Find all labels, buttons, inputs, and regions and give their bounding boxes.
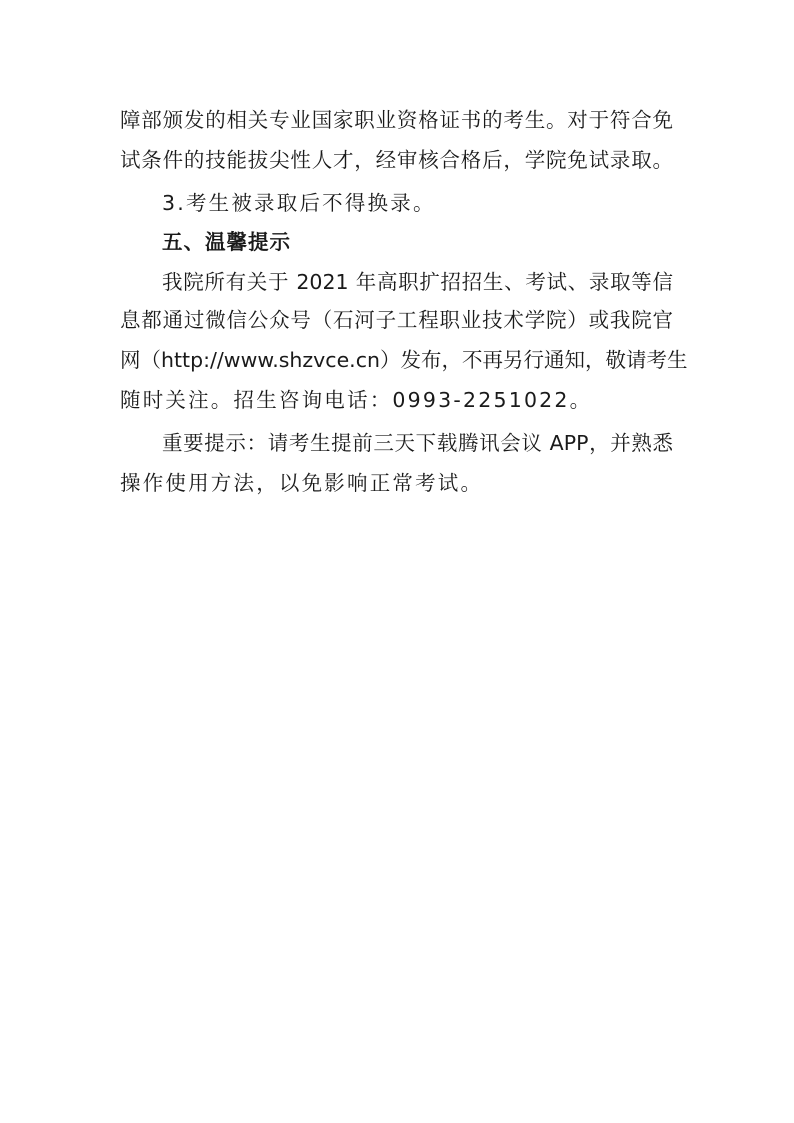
paragraph-line: 障部颁发的相关专业国家职业资格证书的考生。对于符合免: [120, 106, 673, 134]
paragraph-line: 试条件的技能拔尖性人才，经审核合格后，学院免试录取。: [120, 146, 673, 174]
paragraph-line: 息都通过微信公众号（石河子工程职业技术学院）或我院官: [120, 306, 673, 334]
list-item-3: 3.考生被录取后不得换录。: [162, 189, 673, 217]
important-notice-line: 操作使用方法，以免影响正常考试。: [120, 469, 673, 497]
paragraph-line: 我院所有关于 2021 年高职扩招招生、考试、录取等信: [162, 268, 673, 296]
paragraph-line-website: 网（http://www.shzvce.cn）发布，不再另行通知，敬请考生: [120, 346, 673, 374]
paragraph-line-phone: 随时关注。招生咨询电话：0993-2251022。: [120, 386, 673, 414]
section-heading: 五、温馨提示: [162, 228, 673, 256]
important-notice-line: 重要提示：请考生提前三天下载腾讯会议 APP，并熟悉: [162, 429, 673, 457]
document-page: 障部颁发的相关专业国家职业资格证书的考生。对于符合免 试条件的技能拔尖性人才，经…: [0, 0, 794, 1123]
